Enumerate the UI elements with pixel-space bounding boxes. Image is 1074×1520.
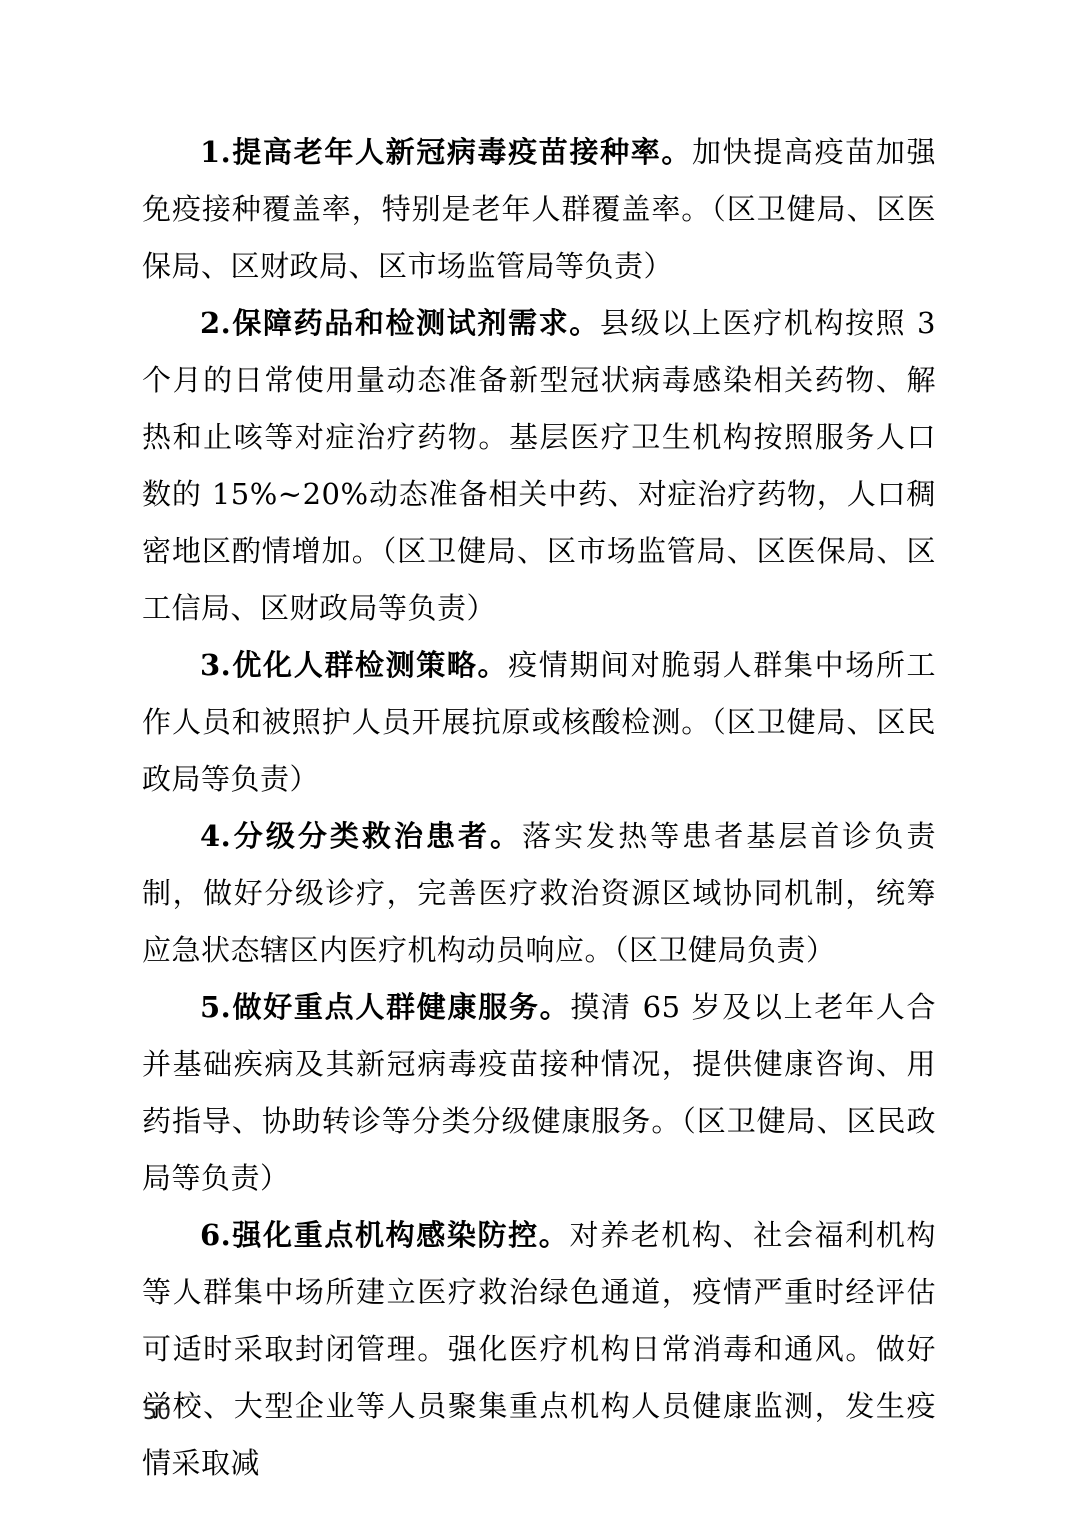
paragraph-3: 3.优化人群检测策略。疫情期间对脆弱人群集中场所工作人员和被照护人员开展抗原或核… <box>142 637 936 808</box>
document-page: 1.提高老年人新冠病毒疫苗接种率。加快提高疫苗加强免疫接种覆盖率，特别是老年人群… <box>0 0 1074 1520</box>
paragraph-5-heading: 5.做好重点人群健康服务。 <box>200 990 570 1024</box>
document-body: 1.提高老年人新冠病毒疫苗接种率。加快提高疫苗加强免疫接种覆盖率，特别是老年人群… <box>142 124 936 1492</box>
paragraph-1-heading: 1.提高老年人新冠病毒疫苗接种率。 <box>200 135 692 169</box>
paragraph-1: 1.提高老年人新冠病毒疫苗接种率。加快提高疫苗加强免疫接种覆盖率，特别是老年人群… <box>142 124 936 295</box>
paragraph-2-heading: 2.保障药品和检测试剂需求。 <box>200 306 600 340</box>
paragraph-4-heading: 4.分级分类救治患者。 <box>200 819 522 853</box>
paragraph-6-heading: 6.强化重点机构感染防控。 <box>200 1218 569 1252</box>
paragraph-5: 5.做好重点人群健康服务。摸清 65 岁及以上老年人合并基础疾病及其新冠病毒疫苗… <box>142 979 936 1207</box>
paragraph-2-text: 县级以上医疗机构按照 3 个月的日常使用量动态准备新型冠状病毒感染相关药物、解热… <box>142 306 936 625</box>
paragraph-6: 6.强化重点机构感染防控。对养老机构、社会福利机构等人群集中场所建立医疗救治绿色… <box>142 1207 936 1492</box>
paragraph-4: 4.分级分类救治患者。落实发热等患者基层首诊负责制，做好分级诊疗，完善医疗救治资… <box>142 808 936 979</box>
page-number: 50 <box>143 1398 171 1428</box>
paragraph-3-heading: 3.优化人群检测策略。 <box>200 648 508 682</box>
paragraph-2: 2.保障药品和检测试剂需求。县级以上医疗机构按照 3 个月的日常使用量动态准备新… <box>142 295 936 637</box>
paragraph-6-text: 对养老机构、社会福利机构等人群集中场所建立医疗救治绿色通道，疫情严重时经评估可适… <box>142 1218 936 1480</box>
